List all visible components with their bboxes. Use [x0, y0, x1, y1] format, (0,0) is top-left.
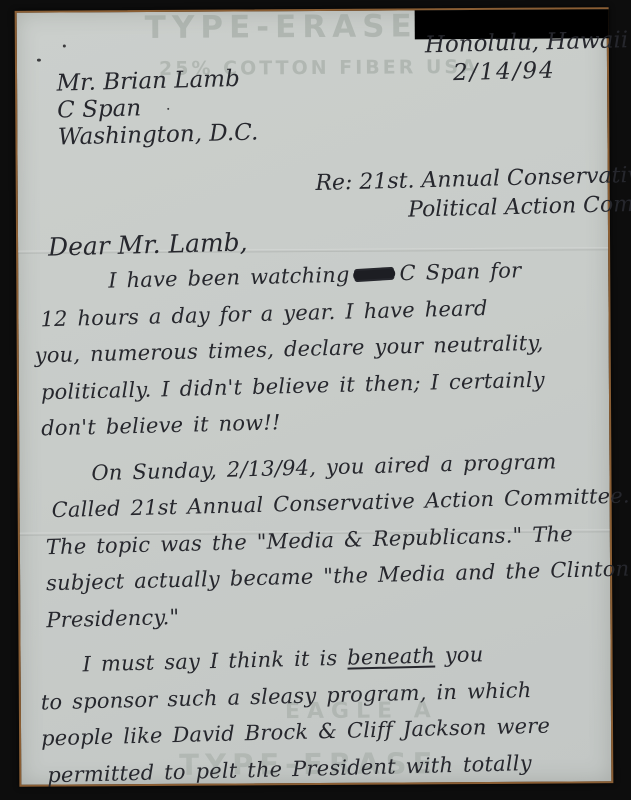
letter-paper: TYPE-ERASE 25% COTTON FIBER USA EAGLE A …: [15, 7, 614, 787]
body-text: I have been watching: [108, 263, 350, 293]
body-text: permitted to pelt the President with tot…: [47, 751, 532, 787]
body-text: Presidency.": [46, 604, 180, 631]
re-subject: Re: 21st. Annual Conservative Political …: [315, 160, 631, 227]
salutation: Dear Mr. Lamb,: [48, 228, 248, 262]
location-line: Honolulu, Hawaii: [425, 27, 629, 58]
body-text: don't believe it now!!: [41, 410, 281, 440]
date-line: 2/14/94: [453, 58, 556, 87]
body-text: to sponsor such a sleasy program, in whi…: [41, 678, 532, 714]
body-text: 12 hours a day for a year. I have heard: [40, 296, 488, 331]
body-text: On Sunday, 2/13/94, you aired a program: [91, 449, 557, 485]
underlined-word: beneath: [347, 643, 435, 669]
body-text: people like David Brock & Cliff Jackson …: [41, 714, 551, 751]
watermark-type-erase-top: TYPE-ERASE: [145, 8, 418, 46]
scan-background: { "scan": { "background_color": "#0d0d0d…: [0, 0, 631, 800]
paper-speck: [37, 59, 41, 62]
letter-body: I have been watchingC Span for12 hours a…: [26, 261, 615, 794]
body-text: you: [435, 642, 484, 667]
body-text: C Span for: [399, 258, 521, 285]
body-text: politically. I didn't believe it then; I…: [41, 367, 545, 404]
recipient-address: Mr. Brian Lamb C Span Washington, D.C.: [56, 66, 258, 152]
scribble-strikethrough: [353, 269, 395, 281]
body-text: you, numerous times, declare your neutra…: [34, 331, 543, 368]
recipient-line: Mr. Brian Lamb: [56, 66, 257, 98]
recipient-line: Washington, D.C.: [58, 119, 259, 151]
body-text: I must say I think it is: [82, 646, 347, 677]
re-subject-line: Political Action Com.: [408, 189, 631, 224]
paper-speck: [63, 45, 66, 48]
